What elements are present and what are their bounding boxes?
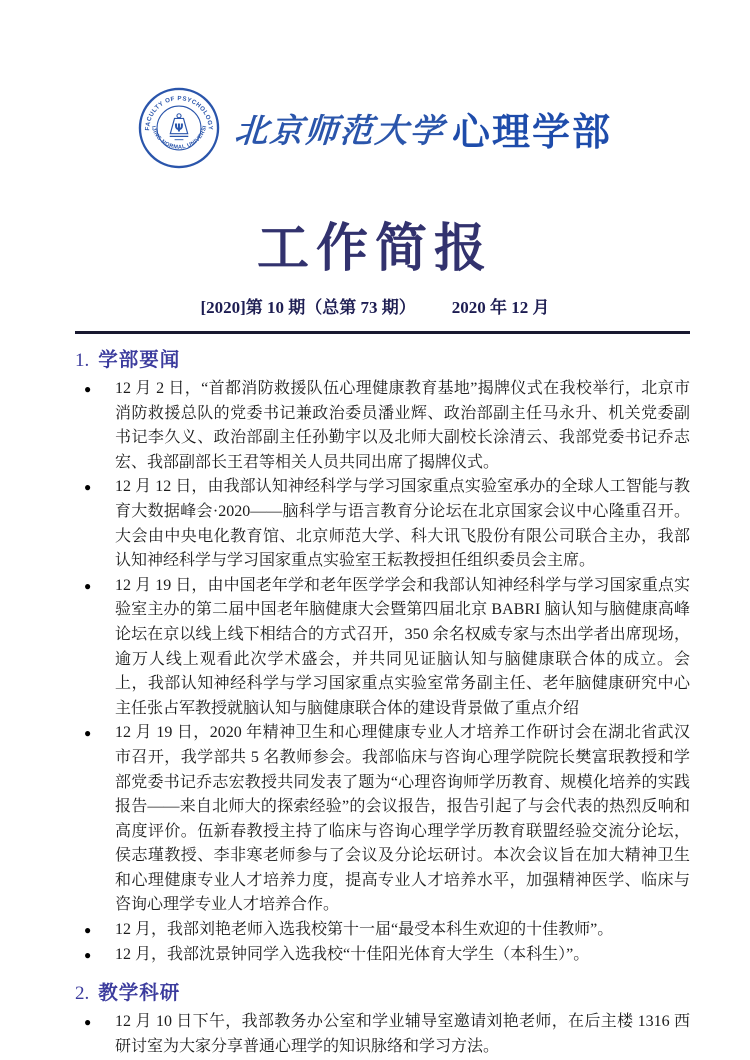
bullet-icon: ● (84, 1010, 91, 1035)
news-item-text: 12 月 19 日，由中国老年学和老年医学学会和我部认知神经科学与学习国家重点实… (115, 577, 690, 717)
logo: FACULTY OF PSYCHOLOGY BEIJING NORMAL UNI… (0, 86, 750, 170)
news-item: ●12 月，我部刘艳老师入选我校第十一届“最受本科生欢迎的十佳教师”。 (75, 918, 690, 943)
logo-wordmark: 北京师范大学 心理学部 (235, 101, 612, 156)
section-number: 2. (75, 983, 89, 1005)
university-seal-icon: FACULTY OF PSYCHOLOGY BEIJING NORMAL UNI… (138, 87, 220, 169)
news-item: ●12 月 2 日，“首都消防救援队伍心理健康教育基地”揭牌仪式在我校举行，北京… (75, 377, 690, 475)
section-number: 1. (75, 350, 89, 372)
news-item: ●12 月，我部沈景钟同学入选我校“十佳阳光体育大学生（本科生）”。 (75, 943, 690, 968)
section-heading: 1.学部要闻 (75, 344, 690, 372)
section-title: 学部要闻 (98, 344, 180, 372)
bullet-icon: ● (84, 377, 91, 402)
issue-number: [2020]第 10 期（总第 73 期） (200, 298, 415, 317)
news-item: ●12 月 10 日下午，我部教务办公室和学业辅导室邀请刘艳老师，在后主楼 13… (75, 1010, 690, 1059)
section-title: 教学科研 (98, 977, 180, 1005)
section-heading: 2.教学科研 (75, 977, 690, 1005)
divider-rule (75, 331, 690, 334)
news-item-text: 12 月 19 日，2020 年精神卫生和心理健康专业人才培养工作研讨会在湖北省… (115, 724, 690, 913)
bullet-icon: ● (84, 721, 91, 746)
news-item: ●12 月 19 日，2020 年精神卫生和心理健康专业人才培养工作研讨会在湖北… (75, 721, 690, 918)
faculty-name: 心理学部 (452, 101, 612, 156)
news-item-text: 12 月 2 日，“首都消防救援队伍心理健康教育基地”揭牌仪式在我校举行，北京市… (115, 380, 690, 471)
news-item: ●12 月 19 日，由中国老年学和老年医学学会和我部认知神经科学与学习国家重点… (75, 574, 690, 722)
bullet-icon: ● (84, 475, 91, 500)
news-list: ●12 月 2 日，“首都消防救援队伍心理健康教育基地”揭牌仪式在我校举行，北京… (75, 377, 690, 967)
news-item-text: 12 月 12 日，由我部认知神经科学与学习国家重点实验室承办的全球人工智能与教… (115, 478, 690, 569)
news-item: ●12 月 12 日，由我部认知神经科学与学习国家重点实验室承办的全球人工智能与… (75, 475, 690, 573)
bulletin-page: FACULTY OF PSYCHOLOGY BEIJING NORMAL UNI… (0, 0, 750, 1060)
sections-container: 1.学部要闻●12 月 2 日，“首都消防救援队伍心理健康教育基地”揭牌仪式在我… (75, 344, 690, 1059)
bullet-icon: ● (84, 574, 91, 599)
news-list: ●12 月 10 日下午，我部教务办公室和学业辅导室邀请刘艳老师，在后主楼 13… (75, 1010, 690, 1059)
bullet-icon: ● (84, 918, 91, 943)
issue-date: 2020 年 12 月 (452, 298, 550, 317)
university-name-calligraphy: 北京师范大学 (233, 105, 446, 152)
bullet-icon: ● (84, 943, 91, 968)
news-item-text: 12 月，我部刘艳老师入选我校第十一届“最受本科生欢迎的十佳教师”。 (115, 921, 613, 938)
news-item-text: 12 月，我部沈景钟同学入选我校“十佳阳光体育大学生（本科生）”。 (115, 946, 589, 963)
issue-line: [2020]第 10 期（总第 73 期）2020 年 12 月 (0, 297, 750, 319)
document-title: 工作简报 (0, 220, 750, 280)
news-item-text: 12 月 10 日下午，我部教务办公室和学业辅导室邀请刘艳老师，在后主楼 131… (115, 1013, 690, 1055)
psi-symbol: Ψ (174, 121, 183, 134)
